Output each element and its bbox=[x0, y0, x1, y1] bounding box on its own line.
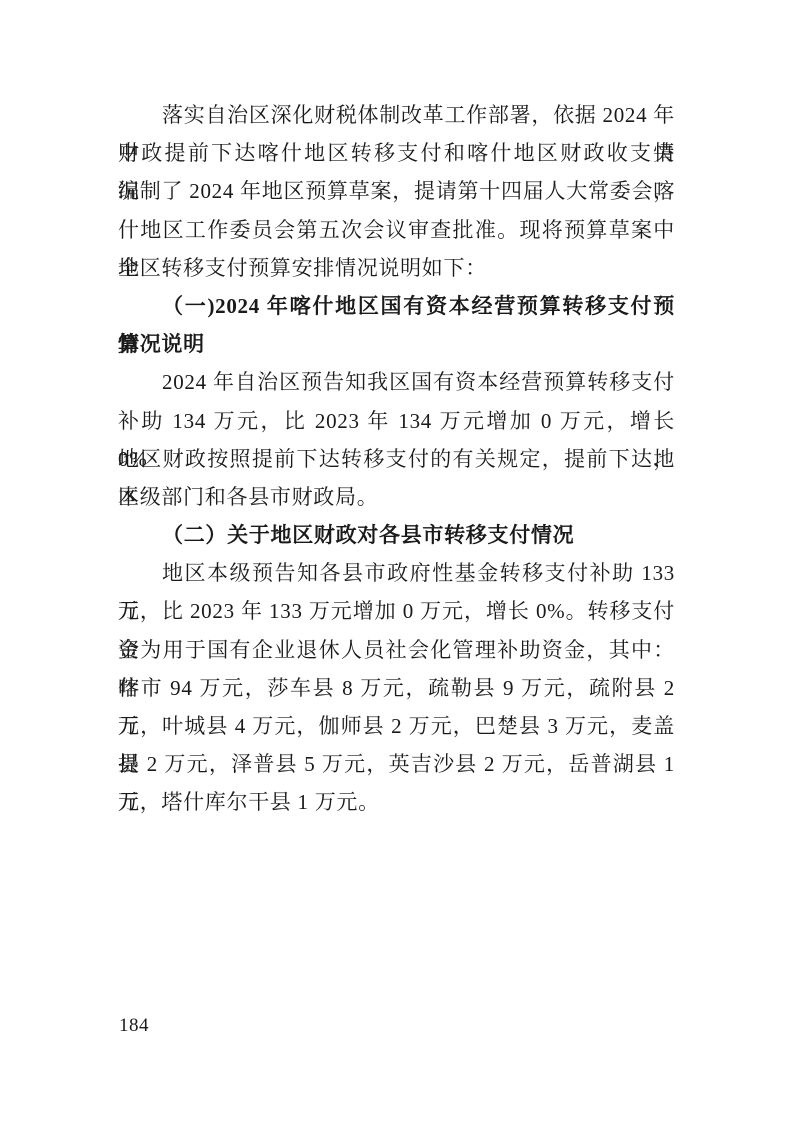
paragraph-line: 什市 94 万元，莎车县 8 万元，疏勒县 9 万元，疏附县 2 万 bbox=[118, 669, 675, 707]
document-page: 落实自治区深化财税体制改革工作部署，依据 2024 年中央 财政提前下达喀什地区… bbox=[0, 0, 793, 1122]
paragraph-line: 2024 年自治区预告知我区国有资本经营预算转移支付 bbox=[118, 363, 675, 401]
paragraph-line: 地区本级预告知各县市政府性基金转移支付补助 133 万 bbox=[118, 554, 675, 592]
section-heading-line: （一)2024 年喀什地区国有资本经营预算转移支付预算 bbox=[118, 287, 675, 325]
section-heading-line: 情况说明 bbox=[118, 325, 675, 363]
paragraph-line: 元，比 2023 年 133 万元增加 0 万元，增长 0%。转移支付资 bbox=[118, 592, 675, 630]
paragraph-line: 补助 134 万元，比 2023 年 134 万元增加 0 万元，增长 0%， bbox=[118, 402, 675, 440]
paragraph-line: 元，塔什库尔干县 1 万元。 bbox=[118, 783, 675, 821]
paragraph-line: 本级部门和各县市财政局。 bbox=[118, 478, 675, 516]
paragraph-line: 编制了 2024 年地区预算草案，提请第十四届人大常委会喀 bbox=[118, 172, 675, 210]
paragraph-line: 财政提前下达喀什地区转移支付和喀什地区财政收支情况， bbox=[118, 134, 675, 172]
page-number: 184 bbox=[119, 1012, 149, 1040]
section-heading-line: （二）关于地区财政对各县市转移支付情况 bbox=[118, 516, 675, 554]
paragraph-line: 元，叶城县 4 万元，伽师县 2 万元，巴楚县 3 万元，麦盖提 bbox=[118, 707, 675, 745]
paragraph-line: 县 2 万元，泽普县 5 万元，英吉沙县 2 万元，岳普湖县 1 万 bbox=[118, 745, 675, 783]
paragraph-line: 地区财政按照提前下达转移支付的有关规定，提前下达地区 bbox=[118, 440, 675, 478]
paragraph-line: 地区转移支付预算安排情况说明如下： bbox=[118, 249, 675, 287]
paragraph-line: 什地区工作委员会第五次会议审查批准。现将预算草案中全 bbox=[118, 211, 675, 249]
paragraph-line: 落实自治区深化财税体制改革工作部署，依据 2024 年中央 bbox=[118, 96, 675, 134]
document-body: 落实自治区深化财税体制改革工作部署，依据 2024 年中央 财政提前下达喀什地区… bbox=[118, 96, 675, 822]
paragraph-line: 金为用于国有企业退休人员社会化管理补助资金，其中：喀 bbox=[118, 631, 675, 669]
